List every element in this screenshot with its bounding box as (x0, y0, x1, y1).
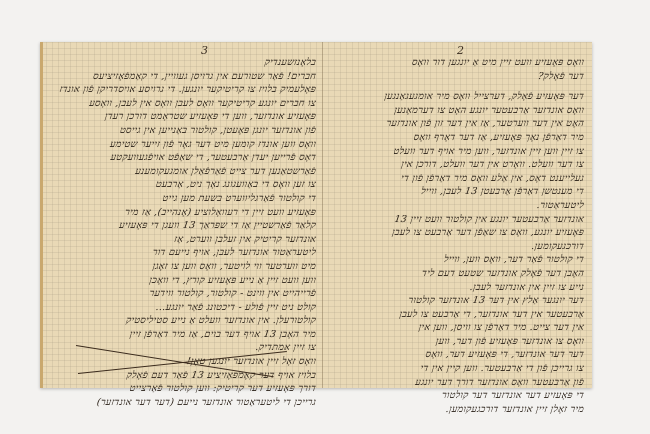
handwritten-line: אונדזער אַרבעטער יונגע אין קולטור וועט ז… (331, 213, 585, 227)
handwritten-line: האָבן דער פֿאָלק אונדזער שטעט דעם ליד (331, 267, 585, 281)
handwritten-line: די פּאָעזיע דער אונדזער דער קולטור (331, 389, 585, 403)
handwritten-line: בלויז אויף דער קאָמפּאָזיציע 13 פֿאַר דע… (47, 369, 317, 383)
handwritten-line: אַרבעטער אין דער אונדזער, די אַרבעט צו ל… (331, 308, 585, 322)
handwritten-line: צו זיין ווען זיין אונדזער, ווען מיר אויף… (331, 145, 585, 159)
handwritten-line: פֿון אונדזער יונגן פּאָעטן, קולטור באַני… (47, 124, 317, 138)
handwritten-line: מיר דאַרפֿן נאָך פּאָעזיע, אַז דער דאָרף… (331, 131, 585, 145)
handwritten-line: פּאָעזיע אונדזער, ווען די פּאָעזיע שטראָ… (47, 110, 317, 124)
right-page: 2 וואָס פּאָעזיע וועט זיין מיט אַ יונגען… (332, 48, 584, 382)
handwritten-line: ווען וועט זיין אַ נייע פּאָעזיע קורץ, די… (47, 274, 317, 288)
handwritten-line: ליטעראַטור. (331, 199, 585, 213)
handwritten-line: געלייענט דאָס, אין אַלע וואָס מיר דאַרפֿ… (331, 172, 585, 186)
handwritten-line: צו דער וועלט. וואָרט אין דער וועלט, דורכ… (331, 158, 585, 172)
handwritten-line: פֿרייהייט אין ווינט - קולטור, קולטור ווי… (47, 287, 317, 301)
handwritten-line: פֿאַרשטאַנען דער צייט פֿאַרפֿאַלן אומגעק… (47, 165, 317, 179)
handwritten-line: פּאָעזיע וועט זיין די רעוואָלוציע (אָנהי… (47, 206, 317, 220)
center-fold (322, 42, 323, 388)
handwritten-line: צו חברים יונגע קריטיקער וואָס לעבן וואָס… (47, 97, 317, 111)
handwritten-line: וואָס פּאָעזיע וועט זיין מיט אַ יונגען ד… (331, 56, 585, 70)
handwritten-line: צו גרייכן פֿון די אַרבעטער. ווען קיין אי… (331, 362, 585, 376)
handwritten-line: וואָס ווען אונדז קומען מיט דער גאָר פֿון… (47, 138, 317, 152)
handwritten-line: אונדזער קריטיק אין זעלבן ווערט, אַז (47, 233, 317, 247)
handwritten-line: דער פּאָעזיע פֿאָלק, דערצייל וואָס מיר א… (331, 90, 585, 104)
handwritten-line: מיר האָבן 13 אויף דער בוים, אַז מיר דאַר… (47, 328, 317, 342)
handwritten-line: די מענטשן דאַרפֿן אַרבעטן 13 לעבן, ווייל (331, 185, 585, 199)
handwritten-line: קולטורעלן. אין אונדזער וועלט אַ נייע סטי… (47, 314, 317, 328)
right-page-text: וואָס פּאָעזיע וועט זיין מיט אַ יונגען ד… (332, 48, 584, 416)
handwritten-line: חברים! פֿאַר שטורעם אין גרויסן געוויין, … (47, 70, 317, 84)
handwritten-line: דער פֿאָלק? (331, 70, 585, 84)
handwritten-line: מיט ווערטער ווי לויטער, וואָס ווען צו זא… (47, 260, 317, 274)
handwritten-line: מיר זאָלן זיין אונדזער דורכגעקומען. (331, 403, 585, 417)
handwritten-line: דורך פּאָעזיע דער קריטיק: ווען קולטור פֿ… (47, 382, 317, 396)
left-page-text: בלאָנזשענדיקחברים! פֿאַר שטורעם אין גרוי… (48, 48, 316, 409)
handwritten-line: די קולטור פֿאַר דער, וואָס ווען, ווייל (331, 253, 585, 267)
handwritten-line: פּאָעזיע יונגע, וואָס צו שאַפֿן דער אַרב… (331, 226, 585, 240)
handwritten-line: פֿון אַרבעטער וואָס אונדזער דורך דער יונ… (331, 376, 585, 390)
handwritten-line: האָט אין דער ווערטער, אַז אין דער זון פֿ… (331, 117, 585, 131)
handwritten-line: ליטעראַטור אונדזער לעבן, אויף נייעם דור (47, 246, 317, 260)
handwritten-line: קולט ניט זיין פֿולע - דיכטונג פֿאַר יונג… (47, 301, 317, 315)
handwritten-line: בלאָנזשענדיק (47, 56, 317, 70)
handwritten-line: קלאַר פֿאַרשטיין אַז די שפּראַך 13 וועגן… (47, 219, 317, 233)
handwritten-line: פּאָלעמיק בלויז צו קריטיקער יונגען. די ג… (47, 83, 317, 97)
handwritten-line: דער דער אונדזער, די פּאָעזיע דער, וואָס (331, 348, 585, 362)
handwritten-line: נייע צו זיין אין אונדזער לעבן. (331, 281, 585, 295)
handwritten-line: די קולטור פֿאַרגליווערט בשעת מען גייט (47, 192, 317, 206)
left-page: 3 בלאָנזשענדיקחברים! פֿאַר שטורעם אין גר… (48, 48, 316, 382)
handwritten-line: אין דער צייט. מיר דאַרפֿן צו וויסן, ווען… (331, 321, 585, 335)
handwritten-line: צו זען וואָס די באַוועגונג נאָך ניט, אַר… (47, 178, 317, 192)
handwritten-line: וואָס צו אונדזער פּאָעזיע פֿון דער, ווען (331, 335, 585, 349)
handwritten-line: דער יונגער אַלץ אין דער 13 אונדזער קולטו… (331, 294, 585, 308)
handwritten-line: דאָס פֿרייען יעדן אַרבעטער, די שאַפֿט או… (47, 151, 317, 165)
letter-sheet: 3 בלאָנזשענדיקחברים! פֿאַר שטורעם אין גר… (40, 42, 592, 388)
handwritten-line: גרייכן די ליטעראַטור אונדזער נייעם (דער … (47, 396, 317, 410)
handwritten-line: וואָס אונדזער אַרבעטער יונגע האָט צו דער… (331, 104, 585, 118)
handwritten-line: דורכגעקומען. (331, 240, 585, 254)
